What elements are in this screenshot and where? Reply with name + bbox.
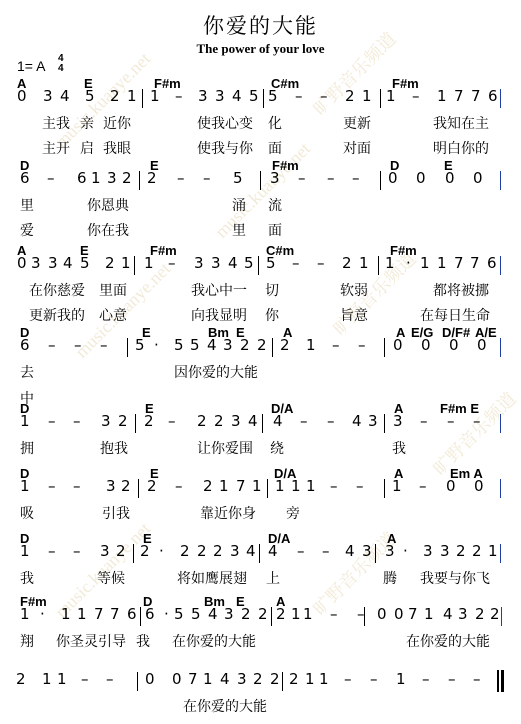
note: 2 <box>241 605 251 623</box>
note: 1 <box>437 87 447 105</box>
note: 1 <box>359 254 369 272</box>
bar-line <box>384 338 385 357</box>
note: 2 <box>472 542 482 560</box>
lyric-syllable: 爱 <box>20 220 34 240</box>
note: 1 <box>219 477 229 495</box>
note: 0 <box>445 169 455 187</box>
note: – <box>317 254 325 272</box>
lyric-syllable: 流 <box>268 195 282 215</box>
note: – <box>358 336 366 354</box>
note: 3 <box>194 254 204 272</box>
note: 2 <box>289 670 299 688</box>
note: 2 <box>140 542 150 560</box>
note: 7 <box>454 87 464 105</box>
lyric-syllable: 腾 <box>383 568 397 588</box>
lyric-syllable: 引我 <box>102 503 130 523</box>
note: 2 <box>203 477 213 495</box>
note: – <box>332 336 340 354</box>
note: 3 <box>106 477 116 495</box>
note: 0 <box>17 254 27 272</box>
bar-line <box>500 479 501 498</box>
lyric-syllable: 抱我 <box>100 438 128 458</box>
note: 0 <box>446 477 456 495</box>
note: 1 <box>61 605 71 623</box>
note: – <box>203 169 211 187</box>
note: 1 <box>144 254 154 272</box>
lyric-syllable: 启 <box>80 138 94 158</box>
note: – <box>320 87 328 105</box>
bar-line <box>364 607 365 626</box>
note: 3 <box>458 605 468 623</box>
note: 4 <box>208 605 218 623</box>
note: 1 <box>306 477 316 495</box>
note: – <box>422 670 430 688</box>
bar-line <box>127 338 128 357</box>
note: 2 <box>253 670 263 688</box>
note: – <box>175 87 183 105</box>
note: 6 <box>487 254 497 272</box>
time-signature-bottom: 4 <box>58 64 64 74</box>
bar-line <box>139 171 140 190</box>
note: 3 <box>198 87 208 105</box>
bar-line <box>384 479 385 498</box>
bar-line <box>271 607 272 626</box>
note: 0 <box>388 169 398 187</box>
note: – <box>419 477 427 495</box>
note: 2 <box>121 477 131 495</box>
note: – <box>48 477 56 495</box>
note: 6 <box>145 605 155 623</box>
note: 3 <box>224 605 234 623</box>
lyric-syllable: 涌 <box>232 195 246 215</box>
bar-line <box>380 171 381 190</box>
note: – <box>81 670 89 688</box>
final-bar-line <box>497 670 499 692</box>
lyric-syllable: 在你慈爱 <box>29 280 85 300</box>
note: 4 <box>228 254 238 272</box>
note: – <box>330 477 338 495</box>
note: 4 <box>273 412 283 430</box>
lyric-syllable: 在你爱的大能 <box>183 696 267 716</box>
note: 3 <box>368 412 378 430</box>
note: · <box>406 254 411 272</box>
note: 0 <box>17 87 27 105</box>
lyric-syllable: 向我显明 <box>191 305 247 325</box>
note: – <box>473 412 481 430</box>
note: 1 <box>437 254 447 272</box>
note: 1 <box>291 605 301 623</box>
bar-line <box>259 544 260 563</box>
lyric-syllable: 我要与你飞 <box>420 568 490 588</box>
bar-line <box>263 89 264 108</box>
lyric-syllable: 我 <box>136 631 150 651</box>
note: 2 <box>276 605 286 623</box>
lyric-syllable: 你在我 <box>87 220 129 240</box>
lyric-syllable: 使我与你 <box>197 138 253 158</box>
bar-line <box>500 89 501 108</box>
note: 0 <box>416 169 426 187</box>
bar-line <box>262 414 263 433</box>
note: 5 <box>190 336 200 354</box>
note: · <box>40 605 45 623</box>
note: 5 <box>191 605 201 623</box>
note: 4 <box>232 87 242 105</box>
bar-line <box>137 672 138 691</box>
note: 5 <box>80 254 90 272</box>
note: 1 <box>203 670 213 688</box>
note: 3 <box>237 670 247 688</box>
lyric-syllable: 使我心变 <box>197 113 253 133</box>
lyric-syllable: 主我 <box>42 113 70 133</box>
note: 1 <box>392 477 402 495</box>
note: 5 <box>135 336 145 354</box>
note: 3 <box>211 254 221 272</box>
note: – <box>420 412 428 430</box>
note: – <box>327 412 335 430</box>
note: 3 <box>215 87 225 105</box>
lyric-syllable: 在你爱的大能 <box>172 631 256 651</box>
bar-line <box>134 256 135 275</box>
note: 2 <box>280 336 290 354</box>
bar-line <box>378 256 379 275</box>
note: 1 <box>20 412 30 430</box>
note: 1 <box>306 336 316 354</box>
bar-line <box>138 479 139 498</box>
note: 7 <box>236 477 246 495</box>
lyric-syllable: 你圣灵引导 <box>56 631 126 651</box>
note: 0 <box>145 670 155 688</box>
note: 3 <box>423 542 433 560</box>
note: – <box>473 670 481 688</box>
note: 1 <box>396 670 406 688</box>
note: – <box>74 336 82 354</box>
lyric-syllable: 亲 <box>80 113 94 133</box>
note: 1 <box>275 477 285 495</box>
note: 0 <box>393 336 403 354</box>
time-signature: 4 4 <box>58 54 64 74</box>
note: 7 <box>188 670 198 688</box>
note: 0 <box>449 336 459 354</box>
note: 0 <box>172 670 182 688</box>
note: 0 <box>421 336 431 354</box>
note: – <box>447 412 455 430</box>
note: 3 <box>231 412 241 430</box>
note: 2 <box>147 169 157 187</box>
bar-line <box>272 338 273 357</box>
note: 4 <box>207 336 217 354</box>
bar-line <box>500 171 501 190</box>
bar-line <box>375 544 376 563</box>
bar-line <box>133 544 134 563</box>
note: 3 <box>100 542 110 560</box>
note: 1 <box>91 169 101 187</box>
note: 4 <box>63 254 73 272</box>
note: – <box>300 412 308 430</box>
lyric-syllable: 里 <box>20 195 34 215</box>
note: 2 <box>240 336 250 354</box>
note: 5 <box>174 605 184 623</box>
note: 1 <box>57 670 67 688</box>
note: 7 <box>471 87 481 105</box>
bar-line <box>282 672 283 691</box>
note: 2 <box>147 477 157 495</box>
note: · <box>159 542 164 560</box>
note: 2 <box>16 670 26 688</box>
note: – <box>175 477 183 495</box>
note: 1 <box>424 605 434 623</box>
note: 5 <box>174 336 184 354</box>
lyric-syllable: 在你爱的大能 <box>406 631 490 651</box>
note: 2 <box>270 670 280 688</box>
note: 7 <box>110 605 120 623</box>
lyric-syllable: 心意 <box>99 305 127 325</box>
note: 2 <box>490 605 500 623</box>
note: 1 <box>77 605 87 623</box>
note: – <box>298 169 306 187</box>
lyric-syllable: 面 <box>268 138 282 158</box>
bar-line <box>380 89 381 108</box>
bar-line <box>142 89 143 108</box>
note: – <box>168 412 176 430</box>
lyric-syllable: 主开 <box>42 138 70 158</box>
note: 1 <box>150 87 160 105</box>
note: · <box>154 336 159 354</box>
note: 1 <box>385 254 395 272</box>
lyric-syllable: 近你 <box>103 113 131 133</box>
lyric-syllable: 切 <box>265 280 279 300</box>
note: – <box>297 542 305 560</box>
note: 7 <box>470 254 480 272</box>
bar-line <box>258 256 259 275</box>
lyric-syllable: 都将被挪 <box>433 280 489 300</box>
lyric-syllable: 面 <box>268 220 282 240</box>
lyric-syllable: 旁 <box>286 503 300 523</box>
note: 4 <box>443 605 453 623</box>
lyric-syllable: 更新我的 <box>29 305 85 325</box>
lyric-syllable: 对面 <box>343 138 371 158</box>
note: · <box>403 542 408 560</box>
song-title: 你爱的大能 <box>0 10 521 40</box>
note: 3 <box>48 254 58 272</box>
note: 5 <box>85 87 95 105</box>
note: 1 <box>319 670 329 688</box>
bar-line <box>260 171 261 190</box>
lyric-syllable: 吸 <box>20 503 34 523</box>
note: 3 <box>101 412 111 430</box>
note: 6 <box>488 87 498 105</box>
bar-line <box>500 544 501 563</box>
lyric-syllable: 等候 <box>97 568 125 588</box>
lyric-syllable: 翔 <box>20 631 34 651</box>
note: 2 <box>118 412 128 430</box>
note: – <box>47 169 55 187</box>
note: – <box>177 169 185 187</box>
note: 4 <box>220 670 230 688</box>
bar-line <box>267 479 268 498</box>
note: 2 <box>258 605 268 623</box>
note: 4 <box>345 542 355 560</box>
lyric-syllable: 你恩典 <box>87 195 129 215</box>
note: 1 <box>305 670 315 688</box>
note: – <box>73 412 81 430</box>
note: 3 <box>362 542 372 560</box>
note: 1 <box>20 605 30 623</box>
note: 1 <box>20 477 30 495</box>
note: 5 <box>244 254 254 272</box>
lyric-syllable: 里 <box>232 220 246 240</box>
note: – <box>48 412 56 430</box>
note: 4 <box>352 412 362 430</box>
note: 4 <box>268 542 278 560</box>
lyric-syllable: 将如鹰展翅 <box>177 568 247 588</box>
note: 1 <box>20 542 30 560</box>
note: 2 <box>122 169 132 187</box>
note: 7 <box>408 605 418 623</box>
bar-line <box>384 414 385 433</box>
note: 2 <box>110 87 120 105</box>
note: 6 <box>127 605 137 623</box>
note: 5 <box>268 87 278 105</box>
note: – <box>330 605 338 623</box>
lyric-syllable: 拥 <box>20 438 34 458</box>
lyric-syllable: 明白你的 <box>433 138 489 158</box>
lyric-syllable: 上 <box>266 568 280 588</box>
lyric-syllable: 在每日生命 <box>420 305 490 325</box>
lyric-syllable: 软弱 <box>340 280 368 300</box>
note: 5 <box>266 254 276 272</box>
note: 1 <box>303 605 313 623</box>
note: · <box>164 605 169 623</box>
note: 1 <box>386 87 396 105</box>
note: 1 <box>121 254 131 272</box>
note: 2 <box>257 336 267 354</box>
note: – <box>412 87 420 105</box>
note: – <box>344 670 352 688</box>
note: 2 <box>116 542 126 560</box>
note: 0 <box>474 477 484 495</box>
lyric-syllable: 我知在主 <box>433 113 489 133</box>
note: 3 <box>385 542 395 560</box>
note: 0 <box>394 605 404 623</box>
note: – <box>327 169 335 187</box>
lyric-syllable: 化 <box>268 113 282 133</box>
bar-line <box>500 338 501 357</box>
note: 3 <box>440 542 450 560</box>
note: 1 <box>291 477 301 495</box>
key-signature: 1= A <box>17 58 45 74</box>
lyric-syllable: 我 <box>20 568 34 588</box>
note: 2 <box>342 254 352 272</box>
note: 3 <box>31 254 41 272</box>
note: 0 <box>473 169 483 187</box>
note: – <box>100 336 108 354</box>
note: 4 <box>246 542 256 560</box>
note: – <box>73 542 81 560</box>
note: 5 <box>233 169 243 187</box>
note: 2 <box>213 542 223 560</box>
note: 7 <box>94 605 104 623</box>
note: – <box>352 169 360 187</box>
note: 6 <box>20 336 30 354</box>
song-subtitle: The power of your love <box>0 41 521 57</box>
note: 2 <box>105 254 115 272</box>
note: – <box>106 670 114 688</box>
note: 3 <box>393 412 403 430</box>
lyric-syllable: 去 <box>20 362 34 382</box>
note: 1 <box>252 477 262 495</box>
lyric-syllable: 绕 <box>270 438 284 458</box>
note: 2 <box>197 542 207 560</box>
bar-line <box>135 414 136 433</box>
note: 1 <box>420 254 430 272</box>
lyric-syllable: 旨意 <box>340 305 368 325</box>
note: 2 <box>345 87 355 105</box>
lyric-syllable: 更新 <box>343 113 371 133</box>
note: 3 <box>223 336 233 354</box>
note: 0 <box>377 605 387 623</box>
note: 6 <box>77 169 87 187</box>
note: 2 <box>214 412 224 430</box>
note: 6 <box>20 169 30 187</box>
note: – <box>48 336 56 354</box>
note: 2 <box>456 542 466 560</box>
lyric-syllable: 我心中一 <box>191 280 247 300</box>
lyric-syllable: 让你爱围 <box>197 438 253 458</box>
note: – <box>370 670 378 688</box>
note: 7 <box>454 254 464 272</box>
note: – <box>48 542 56 560</box>
note: 3 <box>230 542 240 560</box>
note: 4 <box>248 412 258 430</box>
note: 3 <box>270 169 280 187</box>
note: – <box>73 477 81 495</box>
lyric-syllable: 我 <box>392 438 406 458</box>
lyric-syllable: 你 <box>265 305 279 325</box>
note: 2 <box>475 605 485 623</box>
note: – <box>292 254 300 272</box>
note: 0 <box>477 336 487 354</box>
note: 2 <box>180 542 190 560</box>
note: 3 <box>107 169 117 187</box>
note: – <box>168 254 176 272</box>
bar-line <box>140 607 141 626</box>
note: 2 <box>144 412 154 430</box>
final-bar-line <box>501 670 504 692</box>
lyric-syllable: 因你爱的大能 <box>174 362 258 382</box>
lyric-syllable: 里面 <box>99 280 127 300</box>
note: 5 <box>249 87 259 105</box>
note: 1 <box>488 542 498 560</box>
note: 2 <box>197 412 207 430</box>
note: – <box>356 477 364 495</box>
lyric-syllable: 靠近你身 <box>200 503 256 523</box>
note: – <box>295 87 303 105</box>
bar-line <box>501 607 502 626</box>
note: 3 <box>43 87 53 105</box>
note: 1 <box>42 670 52 688</box>
note: – <box>322 542 330 560</box>
note: 1 <box>127 87 137 105</box>
lyric-syllable: 我眼 <box>103 138 131 158</box>
bar-line <box>500 256 501 275</box>
note: – <box>448 670 456 688</box>
note: 1 <box>362 87 372 105</box>
note: 4 <box>60 87 70 105</box>
bar-line <box>500 414 501 433</box>
